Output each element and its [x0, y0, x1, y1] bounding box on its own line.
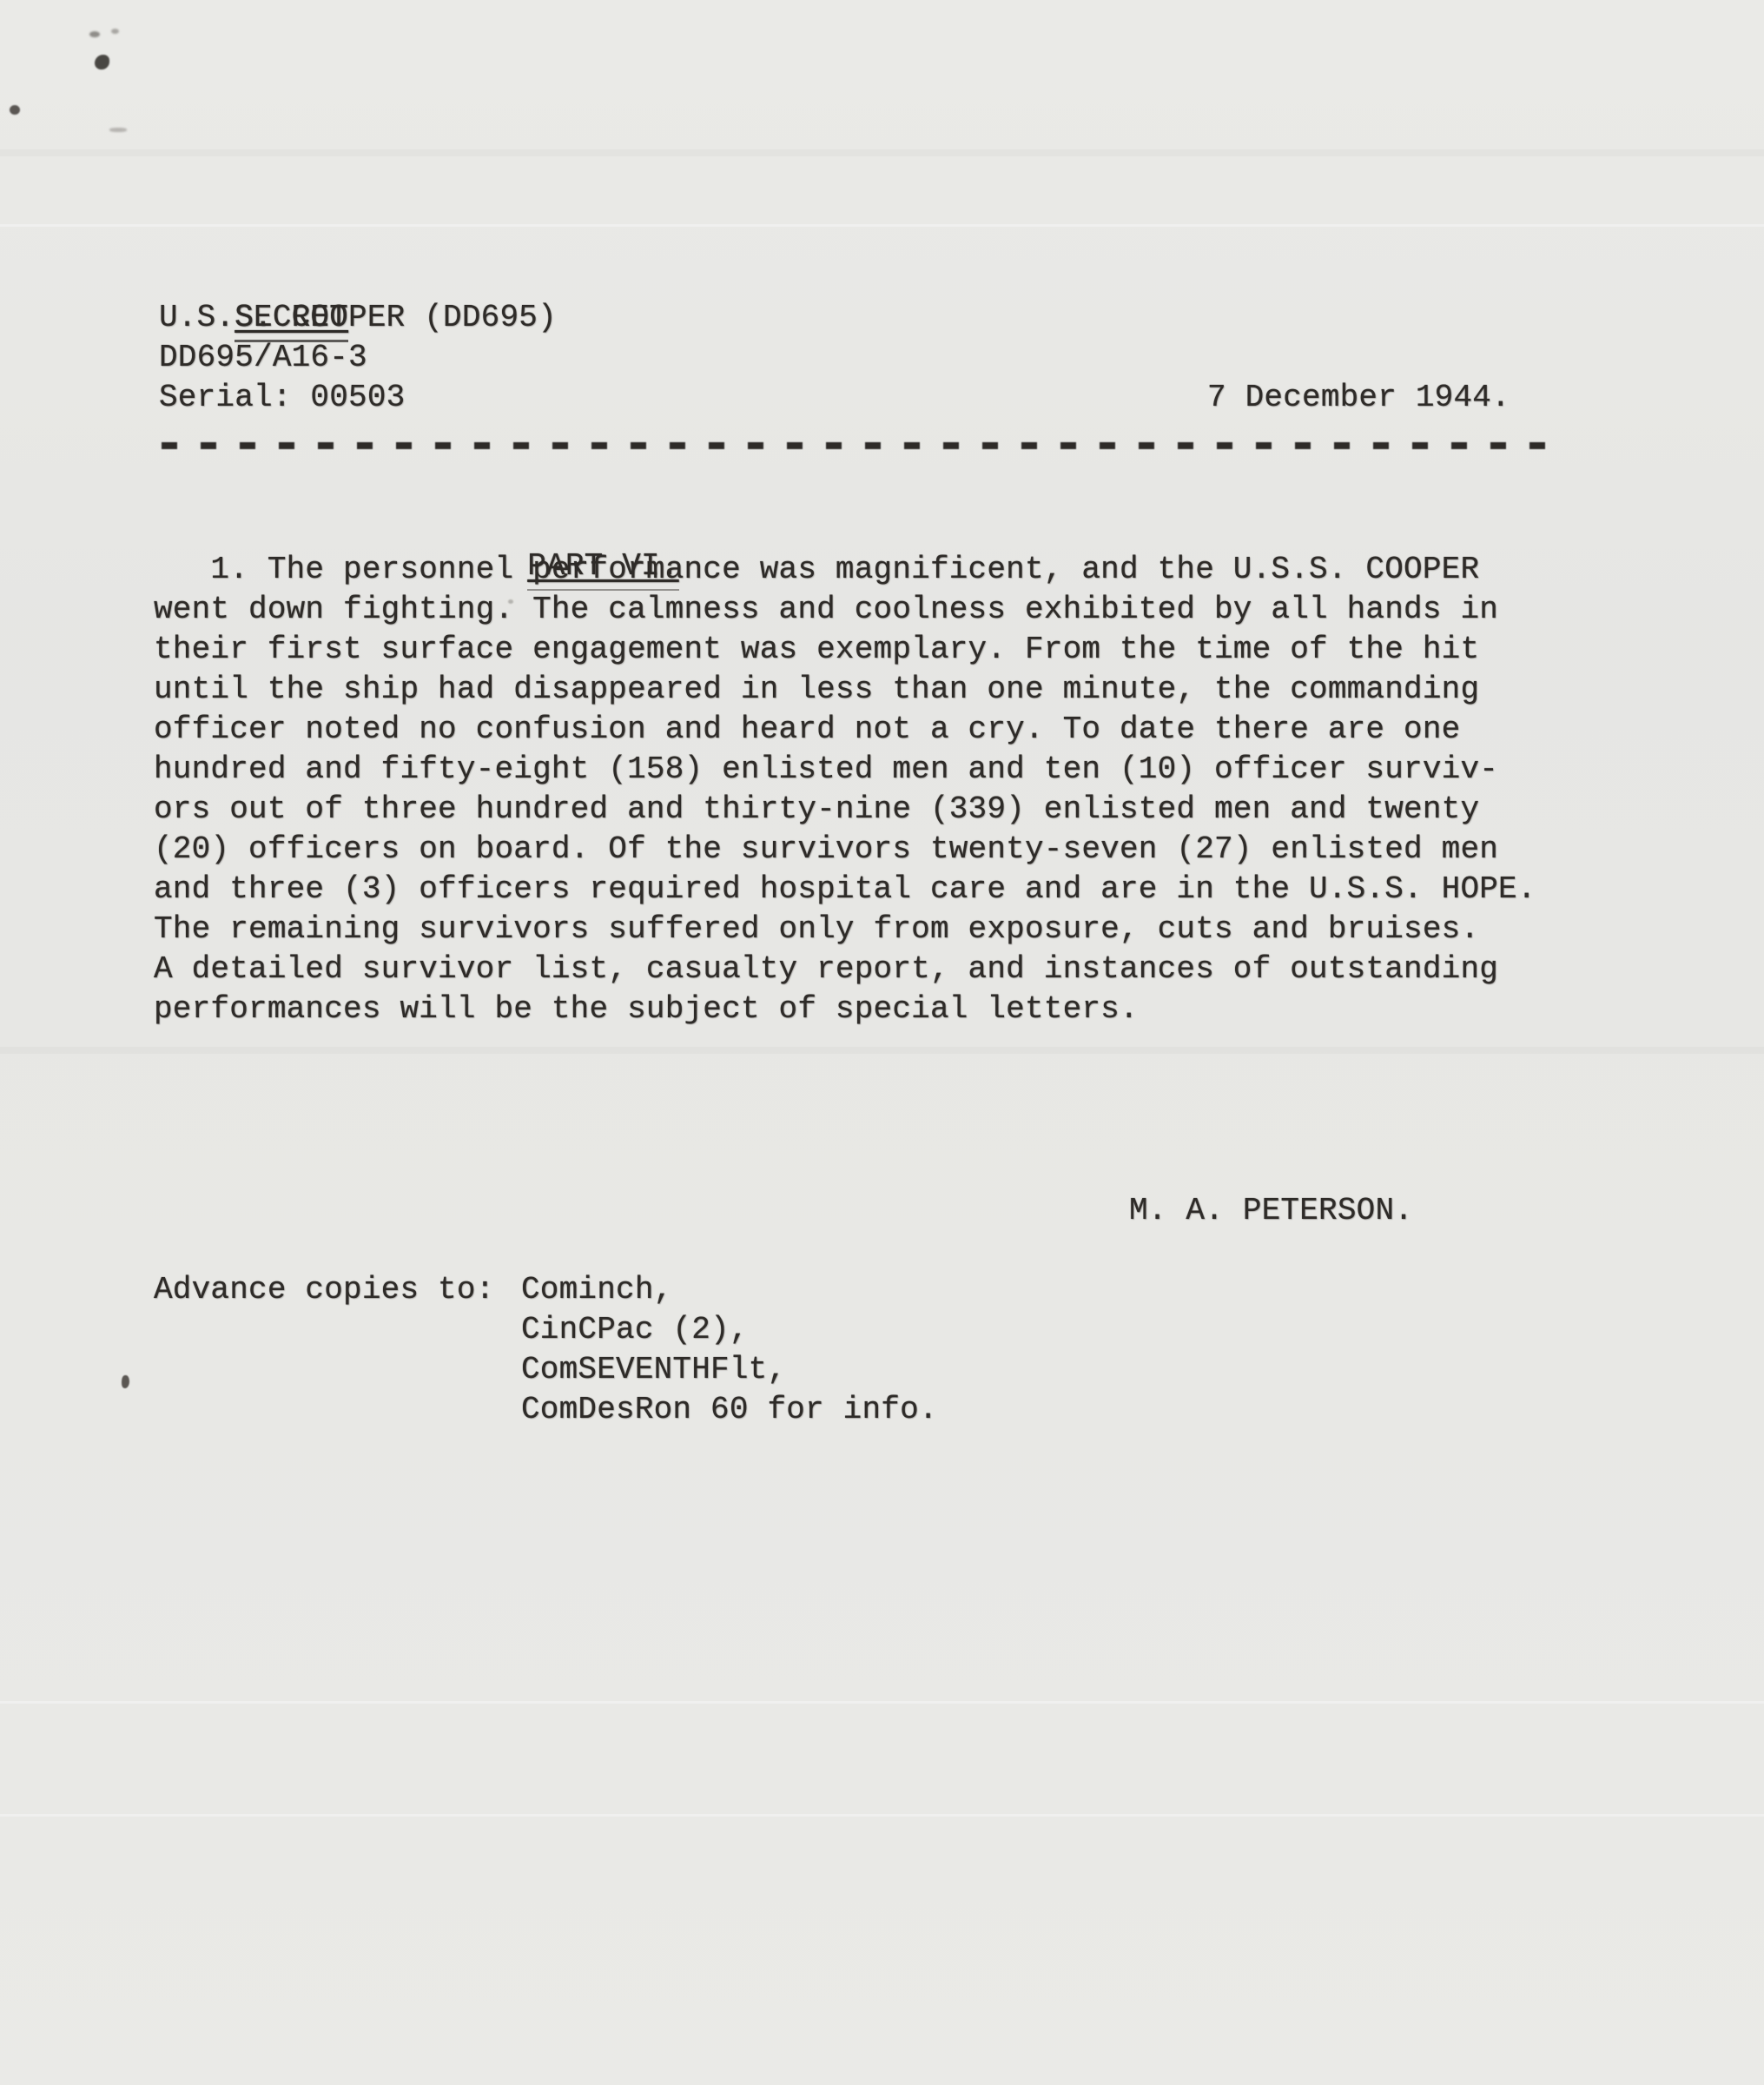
body-paragraph: 1. The personnel performance was magnifi… [154, 550, 1536, 1029]
scanned-document-page: SECRET U.S.S. COOPER (DD695) DD695/A16-3… [0, 0, 1764, 2085]
scan-streak [0, 149, 1764, 156]
serial-number-line: Serial: 00503 [159, 378, 405, 418]
distribution-recipient: ComSEVENTHFlt, [521, 1350, 786, 1390]
body-line: performances will be the subject of spec… [154, 990, 1536, 1029]
distribution-recipient: Cominch, [521, 1270, 672, 1310]
body-line: hundred and fifty-eight (158) enlisted m… [154, 750, 1536, 790]
signature-name: M. A. PETERSON. [1129, 1191, 1413, 1231]
ink-speck [95, 55, 109, 69]
file-number-line: DD695/A16-3 [159, 338, 367, 378]
date-line: 7 December 1944. [1207, 378, 1510, 418]
body-line: The remaining survivors suffered only fr… [154, 910, 1536, 950]
dashed-separator [162, 442, 1556, 449]
body-line: 1. The personnel performance was magnifi… [154, 550, 1536, 590]
ship-name-line: U.S.S. COOPER (DD695) [159, 298, 557, 338]
ink-speck [89, 31, 100, 37]
body-line: went down fighting. The calmness and coo… [154, 590, 1536, 630]
body-line: and three (3) officers required hospital… [154, 870, 1536, 910]
body-line: (20) officers on board. Of the survivors… [154, 830, 1536, 870]
ink-speck [111, 29, 119, 34]
distribution-recipient: CinCPac (2), [521, 1310, 749, 1350]
ink-speck [109, 128, 127, 132]
body-line: until the ship had disappeared in less t… [154, 670, 1536, 710]
ink-speck [122, 1375, 129, 1388]
body-line: ors out of three hundred and thirty-nine… [154, 790, 1536, 830]
distribution-label: Advance copies to: [154, 1270, 494, 1310]
body-line: their first surface engagement was exemp… [154, 630, 1536, 670]
distribution-recipient: ComDesRon 60 for info. [521, 1390, 938, 1430]
scan-streak [0, 224, 1764, 227]
body-line: A detailed survivor list, casualty repor… [154, 950, 1536, 990]
scan-streak [0, 1701, 1764, 1704]
body-line: officer noted no confusion and heard not… [154, 710, 1536, 750]
scan-streak [0, 1047, 1764, 1054]
scan-streak [0, 1814, 1764, 1817]
ink-speck [10, 105, 20, 115]
